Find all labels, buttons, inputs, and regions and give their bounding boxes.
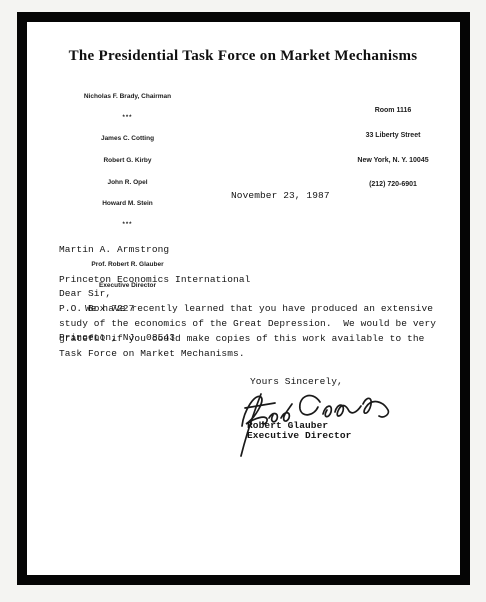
letterhead-title: The Presidential Task Force on Market Me… — [0, 48, 486, 65]
salutation: Dear Sir, — [59, 288, 111, 299]
scan-area: The Presidential Task Force on Market Me… — [0, 0, 486, 602]
member-name: James C. Cotting — [30, 135, 225, 142]
chairman-name: Nicholas F. Brady, Chairman — [30, 93, 225, 100]
body-line: Task Force on Market Mechanisms. — [59, 348, 459, 359]
address-street: 33 Liberty Street — [330, 132, 456, 140]
body-line: We have recently learned that you have p… — [85, 303, 485, 314]
signer-title: Executive Director — [247, 431, 351, 441]
letterhead-address-block: Room 1116 33 Liberty Street New York, N.… — [330, 91, 456, 206]
member-name: Howard M. Stein — [30, 200, 225, 207]
recipient-name: Martin A. Armstrong — [59, 245, 250, 255]
address-room: Room 1116 — [330, 107, 456, 115]
body-line: study of the economics of the Great Depr… — [59, 318, 459, 329]
address-city: New York, N. Y. 10045 — [330, 157, 456, 165]
address-phone: (212) 720-6901 — [330, 181, 456, 189]
letter-date: November 23, 1987 — [231, 190, 330, 201]
member-name: John R. Opel — [30, 179, 225, 186]
member-name: Robert G. Kirby — [30, 157, 225, 164]
body-line: grateful if you could make copies of thi… — [59, 333, 459, 344]
scanned-letter: { "letterhead": { "title": "The Presiden… — [0, 0, 486, 602]
recipient-company: Princeton Economics International — [59, 275, 250, 285]
separator-stars: *** — [30, 115, 225, 121]
